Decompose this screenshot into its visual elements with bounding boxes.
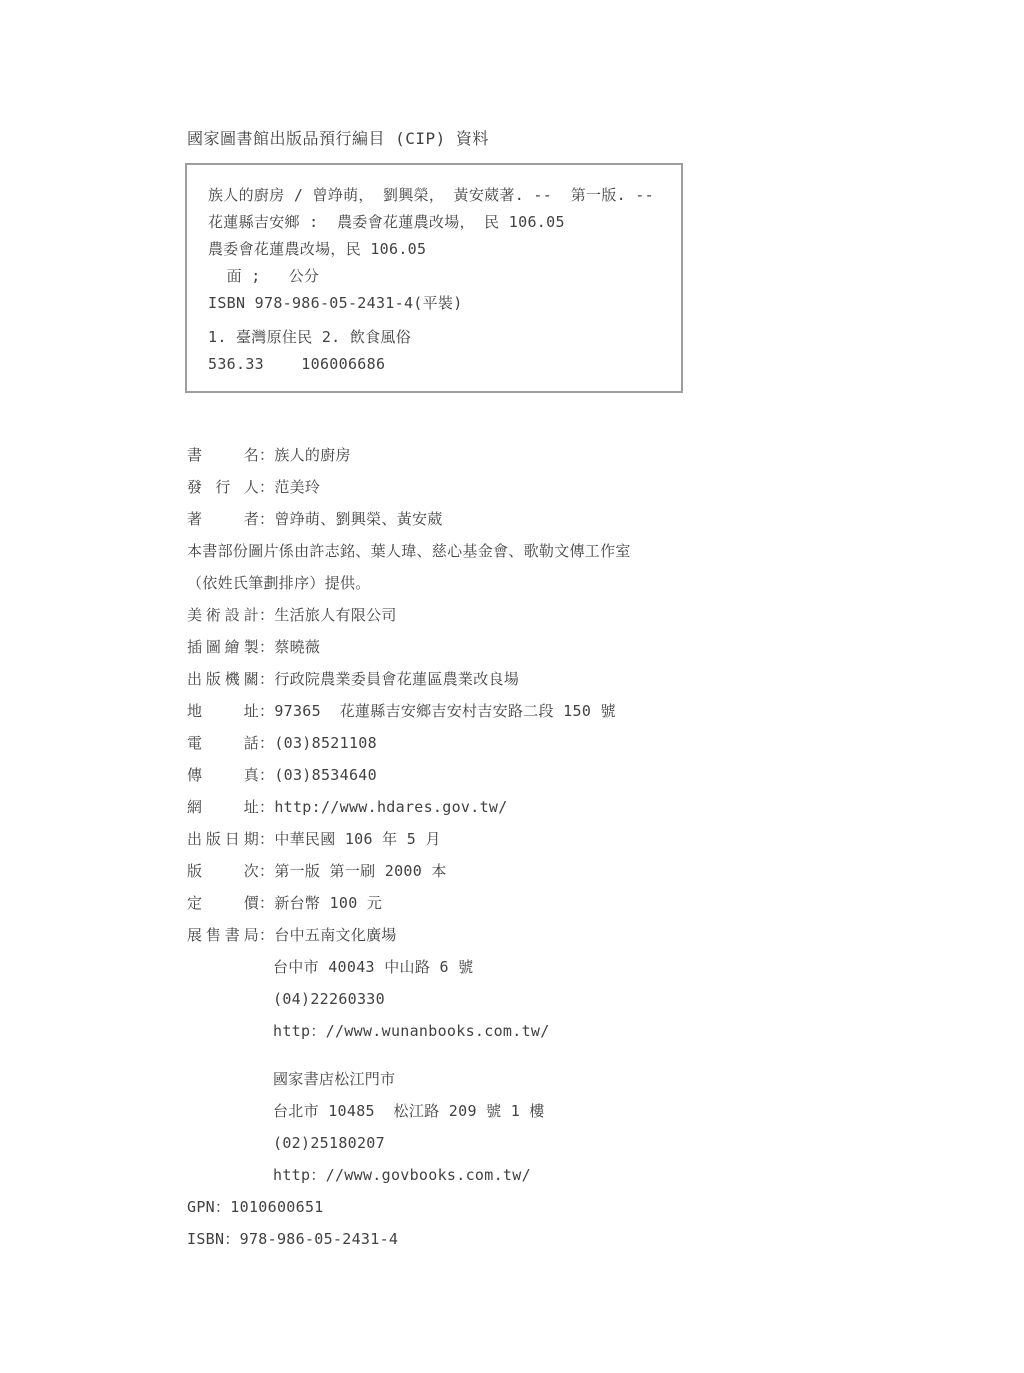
field-label: 電話: [187, 727, 259, 759]
field-value: 族人的廚房: [274, 446, 351, 464]
page-title: 國家圖書館出版品預行編目 (CIP) 資料: [187, 126, 489, 149]
field-label: 插圖繪製: [187, 631, 259, 663]
continuation-line: 國家書店松江門市: [187, 1063, 867, 1095]
field-colon: ：: [259, 599, 274, 631]
continuation-line: (02)25180207: [187, 1127, 867, 1159]
field-label: 美術設計: [187, 599, 259, 631]
text-line: 本書部份圖片係由許志銘、葉人瑋、慈心基金會、歌勒文傳工作室: [187, 535, 867, 567]
field-row: 傳真：(03)8534640: [187, 759, 867, 791]
cip-line: 族人的廚房 / 曾竫萌， 劉興榮， 黃安葳著. -- 第一版. --: [208, 182, 681, 209]
field-label: 定價: [187, 887, 259, 919]
field-row: 插圖繪製：蔡曉薇: [187, 631, 867, 663]
field-row: 地址：97365 花蓮縣吉安鄉吉安村吉安路二段 150 號: [187, 695, 867, 727]
text-line: ISBN：978-986-05-2431-4: [187, 1223, 867, 1255]
cip-line: 農委會花蓮農改場，民 106.05: [208, 236, 681, 263]
cip-line: 1. 臺灣原住民 2. 飲食風俗: [208, 324, 681, 351]
field-label: 傳真: [187, 759, 259, 791]
field-label: 書名: [187, 439, 259, 471]
continuation-line: 台北市 10485 松江路 209 號 1 樓: [187, 1095, 867, 1127]
continuation-line: http：//www.wunanbooks.com.tw/: [187, 1015, 867, 1047]
field-value: 台中五南文化廣場: [274, 926, 396, 944]
field-label: 地址: [187, 695, 259, 727]
field-row: 電話：(03)8521108: [187, 727, 867, 759]
field-value: (03)8534640: [274, 766, 377, 784]
field-colon: ：: [259, 887, 274, 919]
field-row: 著者：曾竫萌、劉興榮、黃安葳: [187, 503, 867, 535]
field-value: 中華民國 106 年 5 月: [274, 830, 440, 848]
cip-tracing-block: 1. 臺灣原住民 2. 飲食風俗536.33 106006686: [187, 317, 681, 378]
field-value: 97365 花蓮縣吉安鄉吉安村吉安路二段 150 號: [274, 702, 615, 720]
cip-line: 536.33 106006686: [208, 351, 681, 378]
field-colon: ：: [259, 663, 274, 695]
text-line: （依姓氏筆劃排序）提供。: [187, 567, 867, 599]
continuation-line: http：//www.govbooks.com.tw/: [187, 1159, 867, 1191]
field-row: 書名：族人的廚房: [187, 439, 867, 471]
field-value: 第一版 第一刷 2000 本: [274, 862, 446, 880]
field-label: 發行人: [187, 471, 259, 503]
cip-box: 族人的廚房 / 曾竫萌， 劉興榮， 黃安葳著. -- 第一版. --花蓮縣吉安鄉…: [185, 163, 683, 393]
field-row: 出版日期：中華民國 106 年 5 月: [187, 823, 867, 855]
field-value: 范美玲: [274, 478, 320, 496]
field-colon: ：: [259, 759, 274, 791]
field-colon: ：: [259, 823, 274, 855]
continuation-line: 台中市 40043 中山路 6 號: [187, 951, 867, 983]
field-row: 展售書局：台中五南文化廣場: [187, 919, 867, 951]
cip-biblio-block: 族人的廚房 / 曾竫萌， 劉興榮， 黃安葳著. -- 第一版. --花蓮縣吉安鄉…: [187, 165, 681, 317]
field-colon: ：: [259, 631, 274, 663]
cip-line: ISBN 978-986-05-2431-4(平裝): [208, 290, 681, 317]
field-label: 版次: [187, 855, 259, 887]
field-colon: ：: [259, 919, 274, 951]
field-value: (03)8521108: [274, 734, 377, 752]
field-value: 曾竫萌、劉興榮、黃安葳: [274, 510, 442, 528]
field-value: 新台幣 100 元: [274, 894, 382, 912]
field-colon: ：: [259, 727, 274, 759]
field-label: 出版日期: [187, 823, 259, 855]
field-label: 網址: [187, 791, 259, 823]
field-label: 著者: [187, 503, 259, 535]
cip-line: 面 ; 公分: [208, 263, 681, 290]
field-row: 美術設計：生活旅人有限公司: [187, 599, 867, 631]
text-line: GPN：1010600651: [187, 1191, 867, 1223]
field-colon: ：: [259, 855, 274, 887]
field-colon: ：: [259, 791, 274, 823]
field-value: http://www.hdares.gov.tw/: [274, 798, 507, 816]
field-value: 生活旅人有限公司: [274, 606, 396, 624]
field-label: 出版機關: [187, 663, 259, 695]
field-colon: ：: [259, 471, 274, 503]
field-row: 發行人：范美玲: [187, 471, 867, 503]
field-row: 定價：新台幣 100 元: [187, 887, 867, 919]
cip-line: 花蓮縣吉安鄉 : 農委會花蓮農改場， 民 106.05: [208, 209, 681, 236]
field-row: 版次：第一版 第一刷 2000 本: [187, 855, 867, 887]
continuation-line: (04)22260330: [187, 983, 867, 1015]
field-colon: ：: [259, 695, 274, 727]
field-label: 展售書局: [187, 919, 259, 951]
field-row: 網址：http://www.hdares.gov.tw/: [187, 791, 867, 823]
publication-info-list: 書名：族人的廚房發行人：范美玲著者：曾竫萌、劉興榮、黃安葳本書部份圖片係由許志銘…: [187, 439, 867, 1255]
field-colon: ：: [259, 503, 274, 535]
field-value: 行政院農業委員會花蓮區農業改良場: [274, 670, 519, 688]
field-row: 出版機關：行政院農業委員會花蓮區農業改良場: [187, 663, 867, 695]
colophon-page: 國家圖書館出版品預行編目 (CIP) 資料 族人的廚房 / 曾竫萌， 劉興榮， …: [0, 0, 1024, 1373]
field-value: 蔡曉薇: [274, 638, 320, 656]
field-colon: ：: [259, 439, 274, 471]
